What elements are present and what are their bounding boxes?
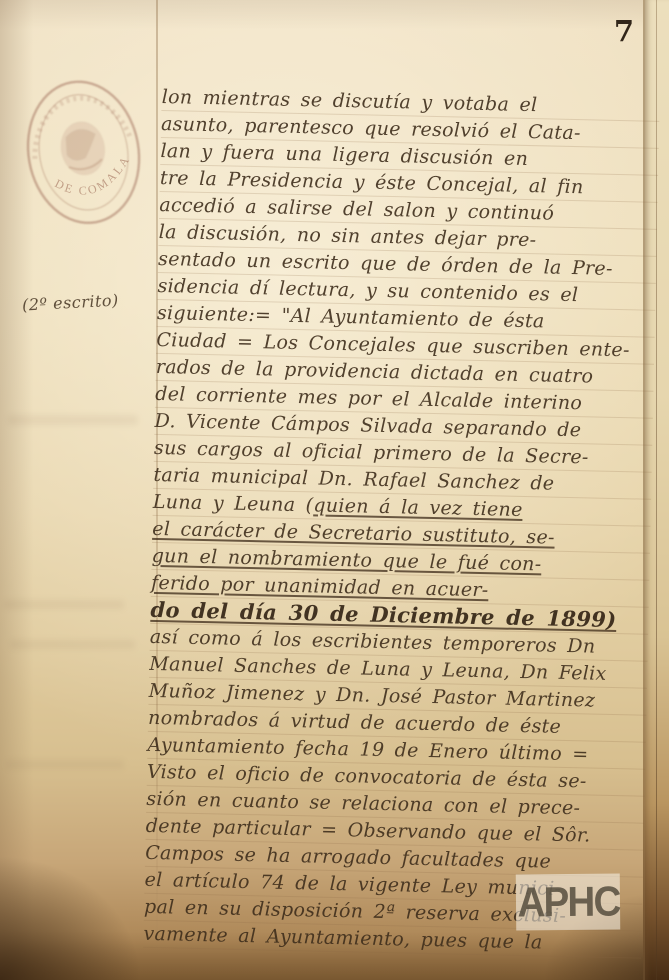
aphc-watermark-label: APHC	[517, 881, 619, 924]
page-number: 7	[604, 14, 644, 48]
manuscript-page: 7 DE COMALA (2º escrito) lon mientras se…	[0, 0, 669, 980]
manuscript-text-block: lon mientras se discutía y votaba elasun…	[143, 84, 660, 959]
ink-showthrough	[6, 760, 124, 769]
margin-note: (2º escrito)	[22, 288, 159, 314]
ink-showthrough	[4, 600, 124, 609]
ink-showthrough	[8, 415, 138, 425]
official-seal-stamp: DE COMALA	[4, 54, 165, 245]
ink-showthrough	[10, 640, 135, 649]
aphc-watermark: APHC	[516, 874, 620, 931]
